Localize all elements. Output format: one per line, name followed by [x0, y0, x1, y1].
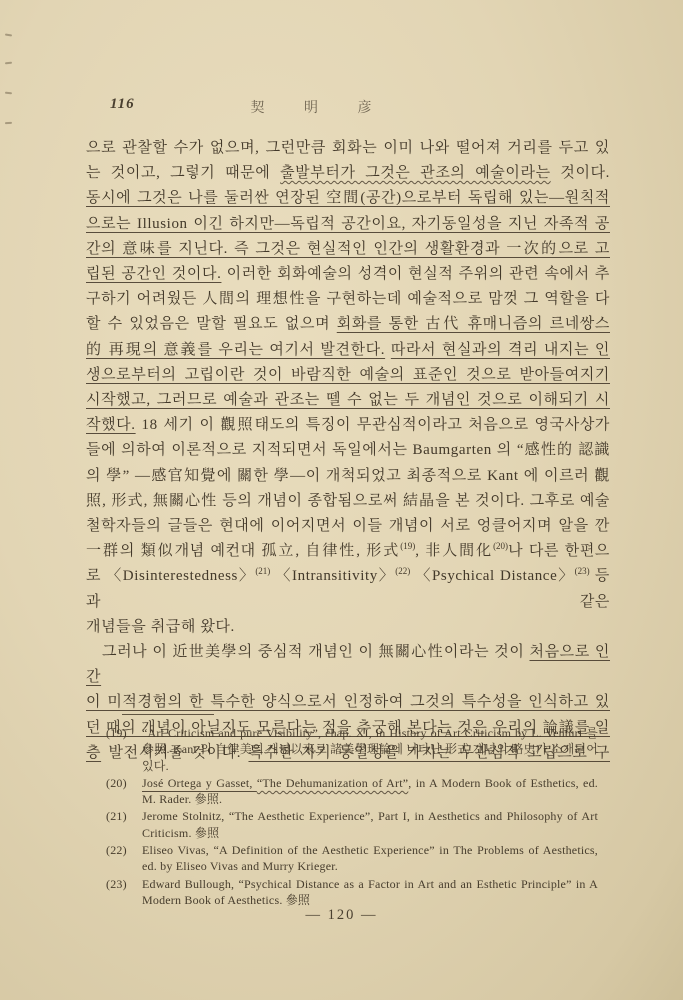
footnote-text: Edward Bullough, “Psychical Distance as … [142, 876, 598, 909]
text-line: 작했다. 18 세기 이 觀照태도의 특징이 무관심적이라고 처음으로 영국사상… [86, 413, 610, 438]
text-line: 간의 意味를 지닌다. 즉 그것은 현실적인 인간의 생활환경과 一次的으로 고 [86, 237, 610, 262]
text-line: 이 미적경험의 한 특수한 양식으로서 인정하여 그것의 특수성을 인식하고 있 [86, 690, 610, 715]
text-segment: 것이다. [551, 165, 610, 181]
text-segment: 이 미적경험의 한 특수한 양식으로서 인정하여 그것의 특수성을 인식하고 있 [86, 694, 610, 710]
text-segment: 一群의 類似개념 예컨대 孤立, 自律性, 形式 [86, 543, 400, 559]
footnote-ref: (20) [493, 541, 508, 551]
text-segment: 의 學” —感官知覺에 關한 學—이 개척되었고 최종적으로 Kant 에 이르… [86, 468, 610, 484]
text-line: 照, 形式, 無關心性 등의 개념이 종합됨으로써 結晶을 본 것이다. 그후로… [86, 489, 610, 514]
text-segment: “Art Criticism and pure Visibility”, cha… [142, 726, 598, 773]
text-segment: 층 [86, 745, 101, 761]
page-number-bottom: — 120 — [0, 907, 683, 924]
text-line: 그러나 이 近世美學의 중심적 개념인 이 無關心性이라는 것이 처음으로 인간 [86, 640, 610, 690]
text-segment: 들에 의하여 이론적으로 지적되면서 독일에서는 Baumgarten 의 “感… [86, 442, 610, 458]
text-segment: 으로 관찰할 수가 없으며, 그런만큼 회화는 이미 나와 떨어져 거리를 두고… [86, 140, 610, 156]
text-segment: 립된 공간인 것이다. [86, 266, 221, 282]
text-segment: 〈Intransitivity〉 [270, 568, 395, 584]
footnote-number: (22) [106, 842, 142, 875]
running-header-author: 契 明 彦 [0, 97, 623, 117]
text-line: 생으로부터의 고립이란 것이 바람직한 예술의 표준인 것으로 받아들여지기 [86, 363, 610, 388]
text-line: 들에 의하여 이론적으로 지적되면서 독일에서는 Baumgarten 의 “感… [86, 438, 610, 463]
footnote-ref: (19) [400, 541, 415, 551]
footnote-number: (20) [106, 775, 142, 808]
text-segment: , 非人間化 [415, 543, 493, 559]
text-line: 개념들을 취급해 왔다. [86, 615, 610, 640]
binding-stitch-mark [5, 92, 12, 95]
footnote-ref: (23) [575, 566, 590, 576]
footnote-item: (20)José Ortega y Gasset, “The Dehumaniz… [106, 775, 598, 808]
scanned-page: 116 契 明 彦 으로 관찰할 수가 없으며, 그런만큼 회화는 이미 나와 … [0, 0, 683, 1000]
text-line: 동시에 그것은 나를 둘러싼 연장된 空間(공간)으로부터 독립해 있는—원칙적 [86, 186, 610, 211]
footnote-item: (22)Eliseo Vivas, “A Definition of the A… [106, 842, 598, 875]
text-segment: 할 수 있었음은 말할 필요도 없으며 [86, 316, 337, 332]
body-text: 으로 관찰할 수가 없으며, 그런만큼 회화는 이미 나와 떨어져 거리를 두고… [86, 136, 610, 766]
footnote-text: José Ortega y Gasset, “The Dehumanizatio… [142, 775, 598, 808]
text-segment: 회화를 통한 古代 휴매니즘의 르네쌍스 [337, 316, 610, 332]
footnote-text: “Art Criticism and pure Visibility”, cha… [142, 725, 598, 774]
text-line: 의 學” —感官知覺에 關한 學—이 개척되었고 최종적으로 Kant 에 이르… [86, 464, 610, 489]
footnotes: (19)“Art Criticism and pure Visibility”,… [106, 725, 598, 909]
text-segment: José Ortega y Gasset, [142, 776, 257, 790]
text-segment: 的 再現의 意義를 우리는 여기서 발견한다. [86, 342, 385, 358]
footnote-number: (21) [106, 808, 142, 841]
text-line: 으로 관찰할 수가 없으며, 그런만큼 회화는 이미 나와 떨어져 거리를 두고… [86, 136, 610, 161]
text-segment: 간의 意味를 지닌다. 즉 그것은 현실적인 인간의 생활환경과 一次的으로 고 [86, 241, 610, 257]
text-segment: 시작했고, 그러므로 예술과 관조는 뗄 수 없는 두 개념인 것으로 이해되기… [86, 392, 610, 408]
text-segment: Jerome Stolnitz, “The Aesthetic Experien… [142, 809, 598, 839]
text-segment: 나 다른 한편으 [508, 543, 610, 559]
footnote-text: Eliseo Vivas, “A Definition of the Aesth… [142, 842, 598, 875]
text-segment: 구하기 어려웠든 人間의 理想性을 구현하는데 예술적으로 맘껏 그 역할을 다 [86, 291, 610, 307]
text-segment: 개념들을 취급해 왔다. [86, 619, 235, 635]
text-line: 로 〈Disinterestedness〉(21) 〈Intransitivit… [86, 564, 610, 614]
footnote-number: (23) [106, 876, 142, 909]
text-segment: 그러나 이 近世美學의 중심적 개념인 이 無關心性이라는 것이 [102, 644, 529, 660]
text-segment: 〈Psychical Distance〉 [410, 568, 574, 584]
text-segment: 18 세기 이 觀照태도의 특징이 무관심적이라고 처음으로 영국사상가 [136, 417, 610, 433]
text-line: 철학자들의 글들은 현대에 이어지면서 이들 개념이 서로 엉클어지며 알을 깐 [86, 514, 610, 539]
text-segment: 는 것이고, 그렇기 때문에 [86, 165, 280, 181]
binding-stitch-mark [5, 122, 12, 124]
text-segment: 로 〈Disinterestedness〉 [86, 568, 255, 584]
binding-stitch-mark [5, 62, 12, 65]
text-segment: 생으로부터의 고립이란 것이 바람직한 예술의 표준인 것으로 받아들여지기 [86, 367, 610, 383]
text-line: 的 再現의 意義를 우리는 여기서 발견한다. 따라서 현실과의 격리 내지는 … [86, 338, 610, 363]
text-segment: 照, 形式, 無關心性 등의 개념이 종합됨으로써 結晶을 본 것이다. 그후로… [86, 493, 610, 509]
text-line: 시작했고, 그러므로 예술과 관조는 뗄 수 없는 두 개념인 것으로 이해되기… [86, 388, 610, 413]
footnote-text: Jerome Stolnitz, “The Aesthetic Experien… [142, 808, 598, 841]
text-segment: “The Dehumanization of Art” [257, 776, 408, 790]
footnote-ref: (21) [255, 566, 270, 576]
text-line: 一群의 類似개념 예컨대 孤立, 自律性, 形式(19), 非人間化(20)나 … [86, 539, 610, 564]
text-segment: 작했다. [86, 417, 136, 433]
footnote-separator-rule [122, 714, 214, 715]
text-line: 할 수 있었음은 말할 필요도 없으며 회화를 통한 古代 휴매니즘의 르네쌍스 [86, 312, 610, 337]
text-segment: 동시에 그것은 나를 둘러싼 연장된 空間(공간)으로부터 독립해 있는—원칙적 [86, 190, 610, 206]
text-segment: 이러한 회화예술의 성격이 현실적 주위의 관련 속에서 추 [221, 266, 610, 282]
text-line: 구하기 어려웠든 人間의 理想性을 구현하는데 예술적으로 맘껏 그 역할을 다 [86, 287, 610, 312]
text-line: 립된 공간인 것이다. 이러한 회화예술의 성격이 현실적 주위의 관련 속에서… [86, 262, 610, 287]
footnote-number: (19) [106, 725, 142, 774]
text-line: 는 것이고, 그렇기 때문에 출발부터가 그것은 관조의 예술이라는 것이다. [86, 161, 610, 186]
text-segment: 따라서 현실과의 격리 내지는 인 [391, 342, 610, 358]
footnote-item: (23)Edward Bullough, “Psychical Distance… [106, 876, 598, 909]
footnote-item: (21)Jerome Stolnitz, “The Aesthetic Expe… [106, 808, 598, 841]
footnote-ref: (22) [395, 566, 410, 576]
text-segment: 으로는 Illusion 이긴 하지만—독립적 공간이요, 자기동일성을 지닌 … [86, 216, 610, 232]
text-segment: 철학자들의 글들은 현대에 이어지면서 이들 개념이 서로 엉클어지며 알을 깐 [86, 518, 610, 534]
text-segment: Eliseo Vivas, “A Definition of the Aesth… [142, 843, 598, 873]
text-line: 으로는 Illusion 이긴 하지만—독립적 공간이요, 자기동일성을 지닌 … [86, 212, 610, 237]
footnote-item: (19)“Art Criticism and pure Visibility”,… [106, 725, 598, 774]
binding-stitch-mark [5, 34, 12, 37]
text-segment: 출발부터가 그것은 관조의 예술이라는 [280, 165, 551, 181]
text-segment: Edward Bullough, “Psychical Distance as … [142, 877, 598, 907]
